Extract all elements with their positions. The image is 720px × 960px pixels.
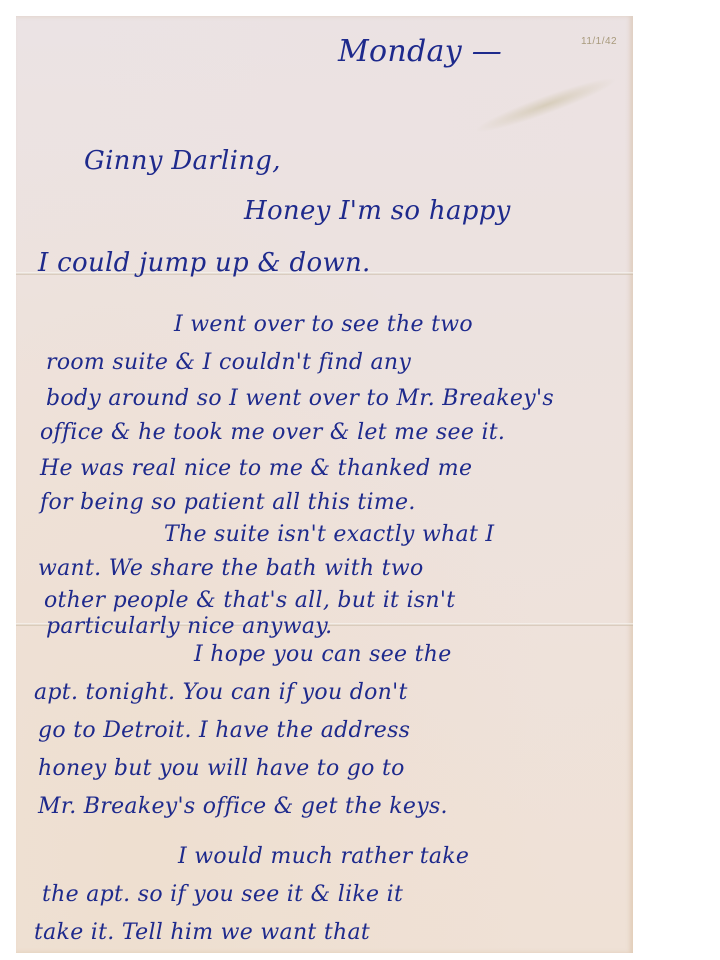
letter-line: room suite & I couldn't find any <box>46 350 411 375</box>
letter-line: The suite isn't exactly what I <box>164 522 494 547</box>
letter-salutation: Ginny Darling, <box>84 146 281 176</box>
letter-line: body around so I went over to Mr. Breake… <box>46 386 554 411</box>
letter-line: particularly nice anyway. <box>46 614 332 639</box>
letter-line: take it. Tell him we want that <box>34 920 370 945</box>
letter-line: Honey I'm so happy <box>244 196 511 226</box>
stamp-smudge <box>472 71 619 139</box>
letter-line: apt. tonight. You can if you don't <box>34 680 408 705</box>
letter-line: for being so patient all this time. <box>40 490 416 515</box>
letter-line: honey but you will have to go to <box>38 756 405 781</box>
letter-line: the apt. so if you see it & like it <box>42 882 403 907</box>
letter-line: Mr. Breakey's office & get the keys. <box>38 794 448 819</box>
archive-date: 11/1/42 <box>581 36 617 47</box>
letter-heading-day: Monday — <box>338 34 502 69</box>
letter-line: I could jump up & down. <box>38 248 371 278</box>
letter-line: He was real nice to me & thanked me <box>40 456 472 481</box>
letter-page: 11/1/42 Monday — Ginny Darling, Honey I'… <box>16 16 633 953</box>
letter-line: office & he took me over & let me see it… <box>40 420 505 445</box>
letter-line: go to Detroit. I have the address <box>38 718 410 743</box>
letter-line: I hope you can see the <box>194 642 452 667</box>
letter-line: I would much rather take <box>178 844 469 869</box>
letter-line: other people & that's all, but it isn't <box>44 588 455 613</box>
letter-line: I went over to see the two <box>174 312 473 337</box>
letter-line: want. We share the bath with two <box>38 556 424 581</box>
